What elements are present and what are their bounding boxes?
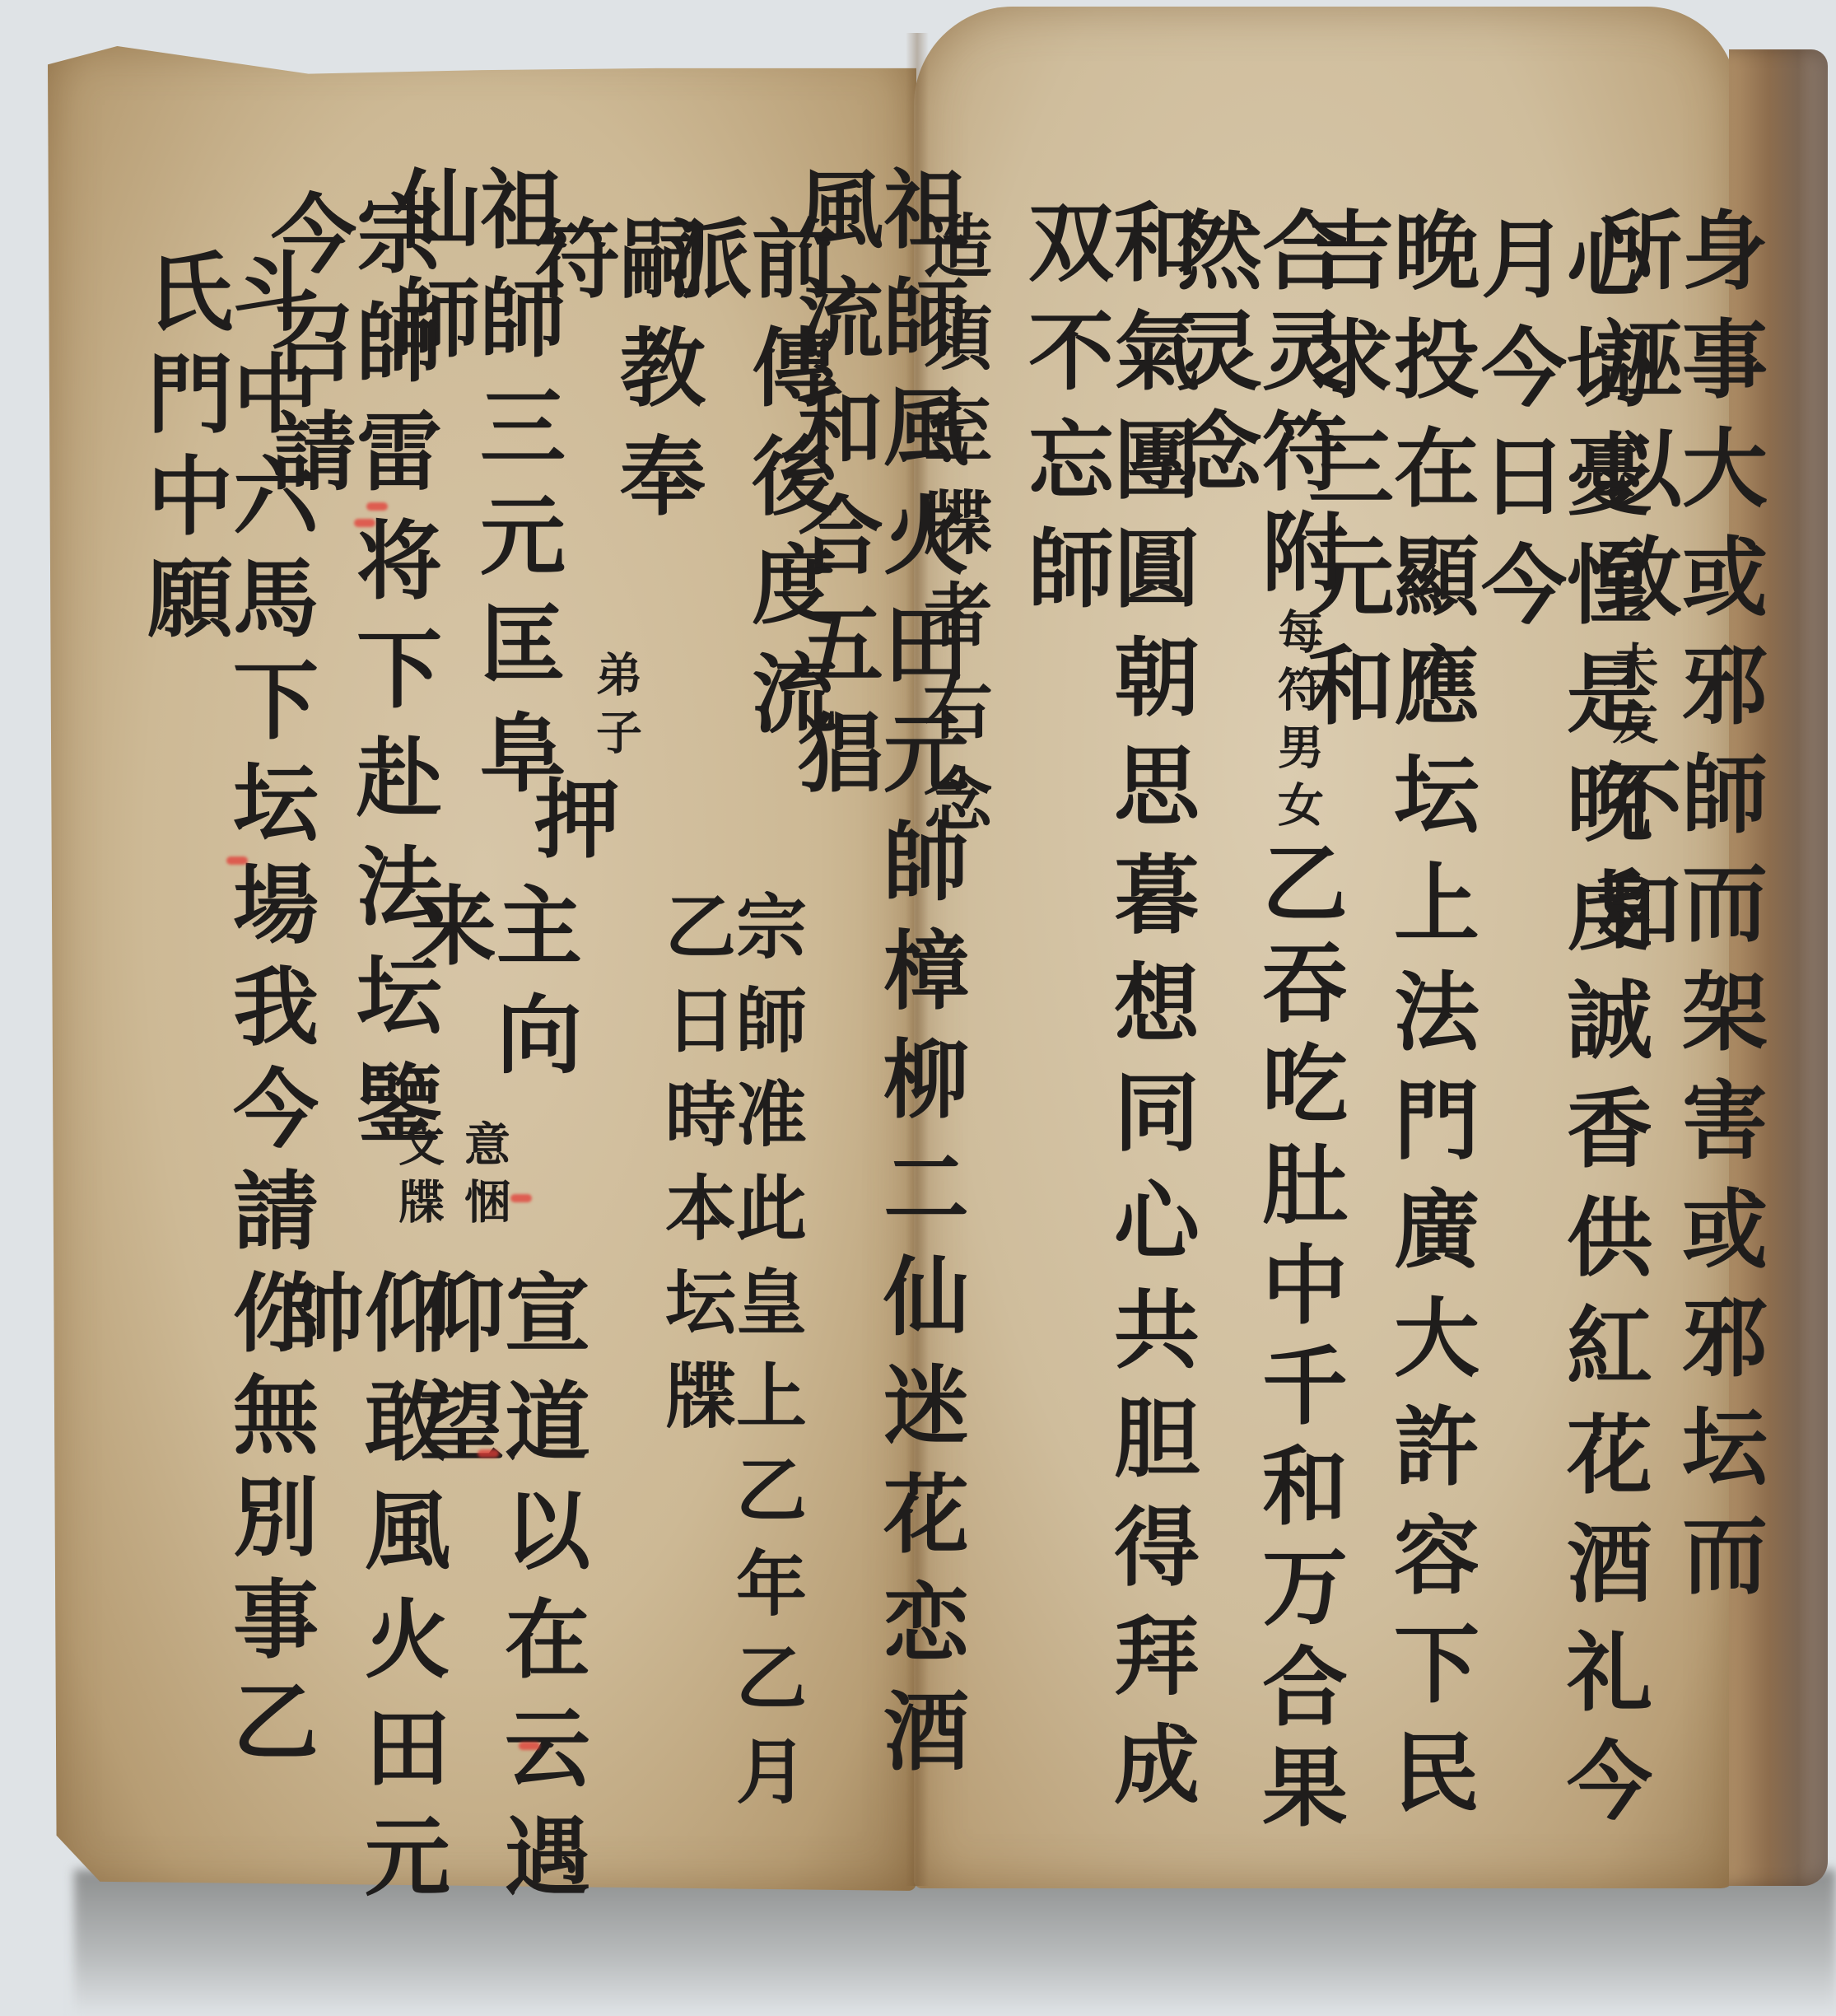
left-col-6: 斗中六馬下坛場我今請你無別事乙氏門中願 bbox=[140, 247, 311, 1853]
right-col-5: 和氣團圓朝思暮想同心共胆得拜成双不忘師 bbox=[1021, 198, 1192, 1927]
red-seal-mark bbox=[478, 1449, 499, 1458]
red-seal-mark bbox=[519, 1742, 540, 1750]
red-seal-mark bbox=[510, 1194, 532, 1202]
column-annotation: 男女 bbox=[1270, 723, 1325, 838]
column-annotation: 弟子 bbox=[589, 651, 643, 766]
column-annotation: 意悃 bbox=[457, 1120, 511, 1235]
column-subtext: 宗師准此皇上乙年乙月乙日時本坛牒 bbox=[653, 889, 807, 1828]
column-middle: 每符 bbox=[1270, 608, 1325, 723]
left-col-2-sub: 宗師准此皇上乙年乙月乙日時本坛牒 bbox=[659, 889, 800, 1878]
column-text: 斗中六馬下坛場我今請你無別事乙氏門中願 bbox=[133, 247, 319, 1779]
red-seal-mark bbox=[366, 502, 388, 511]
column-text: 和氣團圓朝思暮想同心共胆得拜成双不忘師 bbox=[1014, 198, 1200, 1828]
column-text: 心切憂惶是晚虔誠香供紅花酒礼今月今日今 bbox=[1466, 214, 1653, 1845]
right-col-2: 心切憂惶是晚虔誠香供紅花酒礼今月今日今 bbox=[1474, 214, 1645, 1902]
red-seal-mark bbox=[354, 519, 375, 527]
red-seal-mark bbox=[226, 856, 248, 865]
left-col-4-annotation-right: 意悃 bbox=[461, 1120, 507, 1244]
